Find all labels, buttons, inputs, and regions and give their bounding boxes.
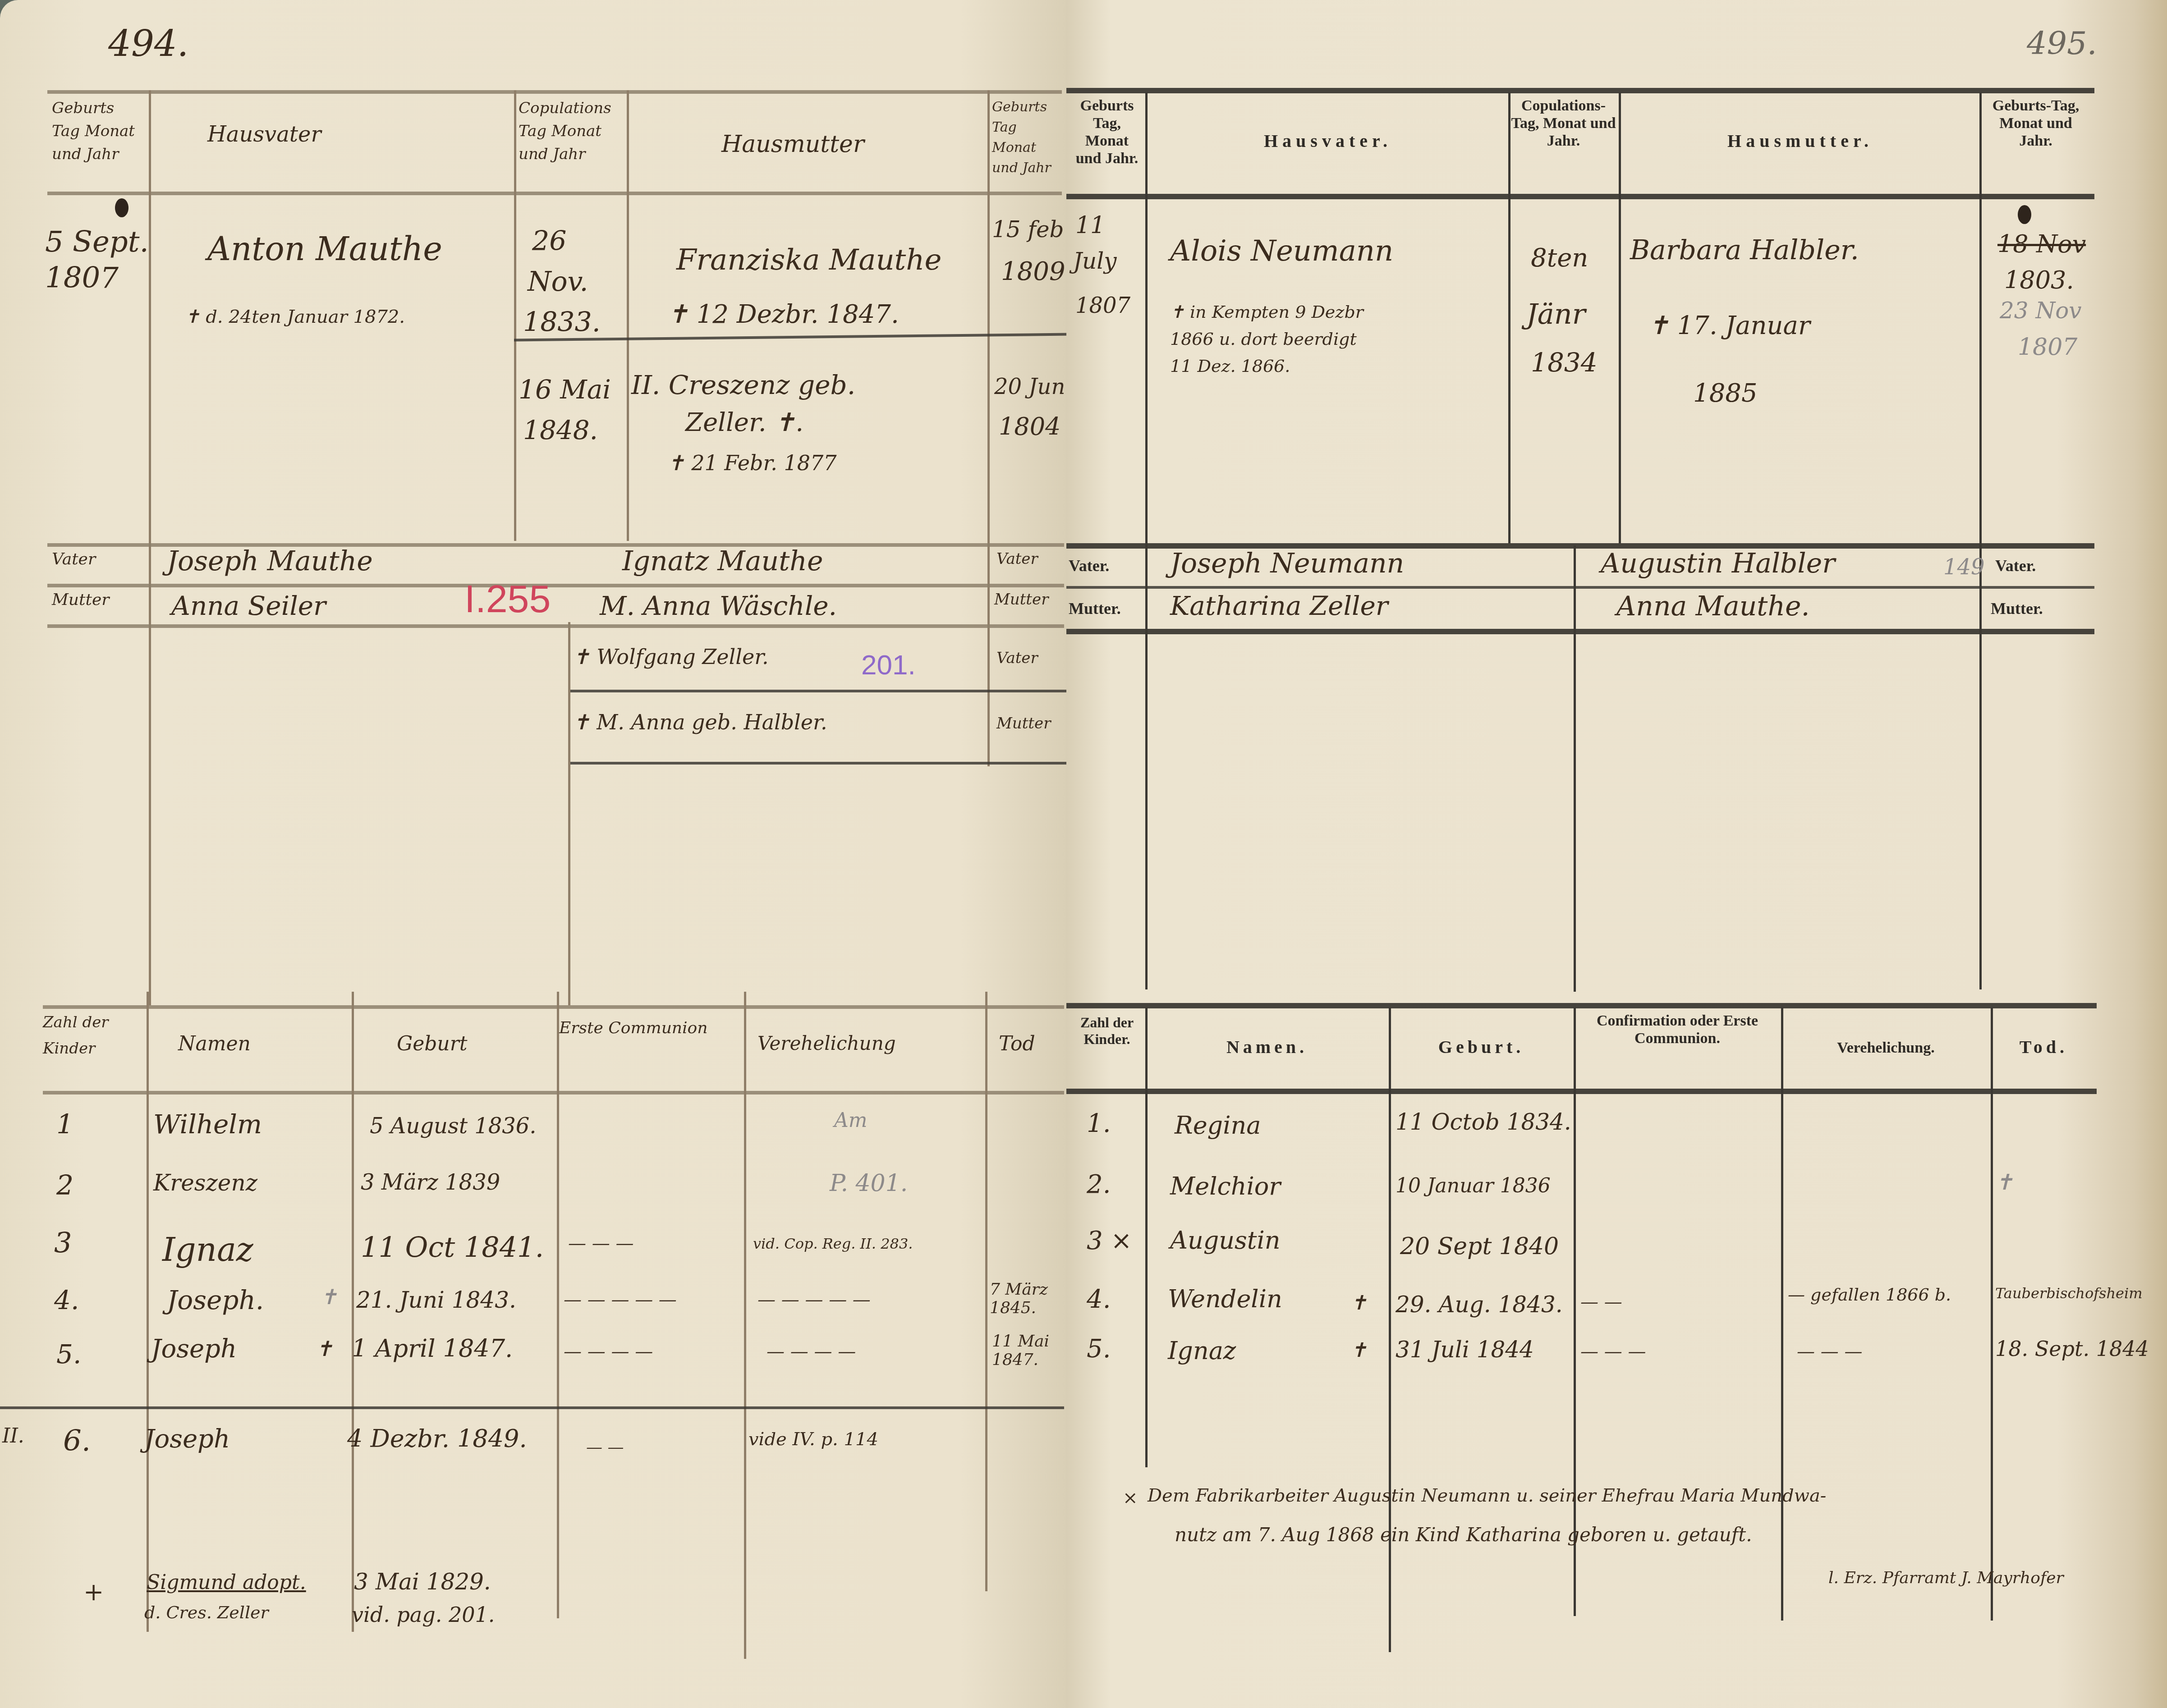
rule: [0, 1406, 1064, 1409]
right-page: 495. Geburts Tag, Monat und Jahr. Hausva…: [1066, 0, 2167, 1708]
header-mother-birth: Geburts-Tag, Monat und Jahr.: [1982, 97, 2090, 150]
child-communion: — —: [1580, 1291, 1622, 1312]
second-marriage-prefix: II.: [2, 1424, 24, 1447]
father-name: Alois Neumann: [1170, 234, 1393, 268]
header-mother: Hausmutter: [721, 131, 864, 158]
children-header-birth: Geburt.: [1391, 1037, 1571, 1058]
column-divider: [1145, 92, 1148, 989]
footnote-line2: nutz am 7. Aug 1868 ein Kind Katharina g…: [1175, 1524, 1752, 1546]
header-father: Hausvater.: [1148, 131, 1508, 151]
mother2-name: II. Creszenz geb.: [631, 370, 855, 400]
children-header-communion: Confirmation oder Erste Communion.: [1576, 1012, 1779, 1047]
rule: [47, 192, 1062, 195]
mother2-name-cont: Zeller. ✝.: [685, 408, 803, 437]
mother-father: Augustin Halbler: [1601, 548, 1835, 579]
child-marriage: — gefallen 1866 b.: [1788, 1285, 1951, 1305]
adopted-name: Sigmund adopt.: [147, 1571, 306, 1594]
marriage1-day: 26: [532, 225, 566, 257]
child-marriage: P. 401.: [830, 1170, 908, 1197]
child-number: 6.: [63, 1424, 91, 1458]
mother-mother: Anna Mauthe.: [1616, 591, 1810, 622]
father-birth-year: 1807: [45, 261, 119, 295]
mother-name: Barbara Halbler.: [1630, 234, 1859, 266]
pencil-page-reference: 149: [1943, 554, 1985, 580]
footnote-signature: l. Erz. Pfarramt J. Mayrhofer: [1828, 1569, 2064, 1587]
child-birth: 21. Juni 1843.: [356, 1287, 516, 1313]
child-death: ✝: [1995, 1170, 2013, 1195]
header-marriage: Copulations Tag Monat und Jahr: [519, 97, 622, 166]
child-birth: 29. Aug. 1843.: [1396, 1291, 1563, 1318]
child-name: Ignaz: [1168, 1337, 1236, 1365]
column-divider: [149, 90, 151, 541]
red-page-reference: I.255: [464, 577, 551, 622]
child-row: 3 × Augustin 20 Sept 1840: [1066, 1226, 2149, 1276]
father-death: ✝ d. 24ten Januar 1872.: [185, 307, 405, 327]
child-birth: 5 August 1836.: [370, 1113, 537, 1139]
child-row: 5. Ignaz ✝ 31 Juli 1844 — — — — — — 18. …: [1066, 1334, 2149, 1384]
child-number: 5.: [56, 1339, 81, 1369]
mother-birth-day: 18 Nov: [1997, 230, 2086, 258]
child-death: 18. Sept. 1844: [1995, 1337, 2149, 1361]
child-row: 4. Joseph. ✝ 21. Juni 1843. — — — — — — …: [0, 1285, 1064, 1339]
column-divider: [568, 622, 570, 1005]
father-mother: Katharina Zeller: [1170, 591, 1388, 621]
child-row: 1 Wilhelm 5 August 1836. Am: [0, 1109, 1064, 1163]
rule: [43, 1091, 1064, 1094]
child-name: Joseph.: [167, 1285, 264, 1315]
mother2-mutter-label: Mutter: [996, 714, 1051, 733]
marker-dot: [115, 198, 129, 217]
child-row: 2 Kreszenz 3 März 1839 P. 401.: [0, 1170, 1064, 1224]
marriage1-month: Nov.: [528, 266, 588, 298]
child-number: 1: [56, 1109, 73, 1140]
child-name: Joseph: [151, 1334, 237, 1364]
column-divider: [1508, 92, 1510, 543]
rule: [47, 624, 1064, 628]
adopted-name-cont: d. Cres. Zeller: [144, 1603, 269, 1622]
mother1-death: ✝ 12 Dezbr. 1847.: [667, 300, 899, 329]
father-name: Anton Mauthe: [207, 230, 442, 268]
child-communion: — — — — —: [564, 1289, 677, 1310]
children-header-name: Namen.: [1148, 1037, 1387, 1058]
mother2-father: ✝ Wolfgang Zeller.: [573, 645, 769, 669]
rule: [1066, 629, 2094, 634]
mutter-label-right: Mutter: [994, 591, 1048, 609]
marriage-day: 8ten: [1531, 243, 1588, 273]
children-header-marriage: Verehelichung.: [1783, 1039, 1988, 1057]
rule: [1066, 1003, 2097, 1008]
mother2-mother: ✝ M. Anna geb. Halbler.: [573, 710, 827, 734]
vater-label-right: Vater: [996, 550, 1038, 568]
child-birth: 20 Sept 1840: [1400, 1233, 1559, 1260]
child-name: Kreszenz: [153, 1170, 257, 1196]
child-row: 1. Regina 11 Octob 1834.: [1066, 1109, 2149, 1159]
rule: [47, 90, 1062, 94]
children-header-communion: Erste Communion: [559, 1019, 707, 1037]
father-death-line2: 1866 u. dort beerdigt: [1170, 329, 1357, 349]
header-mother-birth: Geburts Tag Monat und Jahr: [992, 97, 1064, 178]
mutter-label: Mutter.: [1069, 600, 1121, 618]
child-name: Melchior: [1170, 1172, 1281, 1200]
left-page: 494. Geburts Tag Monat und Jahr Hausvate…: [0, 0, 1066, 1708]
father-father: Joseph Mauthe: [167, 545, 373, 577]
child-marriage: — — — —: [767, 1341, 856, 1362]
marker-dot: [2018, 205, 2031, 224]
marriage-year: 1834: [1531, 347, 1598, 378]
mother-birth-pencil-year: 1807: [2018, 334, 2077, 361]
header-marriage: Copulations-Tag, Monat und Jahr.: [1510, 97, 1616, 150]
children-header-number: Zahl der Kinder.: [1071, 1014, 1143, 1048]
header-father: Hausvater: [207, 122, 321, 147]
rule: [570, 762, 1066, 765]
father-death-line3: 11 Dez. 1866.: [1170, 356, 1290, 376]
father-father: Joseph Neumann: [1170, 548, 1404, 579]
children-header-death: Tod.: [1993, 1037, 2094, 1058]
child-marriage: — — —: [1797, 1341, 1862, 1362]
adopted-birth: 3 Mai 1829.: [354, 1569, 491, 1595]
children-header-number: Zahl der Kinder: [43, 1010, 142, 1062]
father-birth-day: 11: [1075, 212, 1105, 239]
child-number: 5.: [1087, 1334, 1111, 1364]
child-birth: 3 März 1839: [361, 1170, 500, 1195]
child-marriage: Am: [834, 1109, 868, 1132]
child-row: 5. Joseph ✝ 1 April 1847. — — — — — — — …: [0, 1334, 1064, 1388]
footnote-marker: ×: [1123, 1488, 1138, 1508]
mother-mother: M. Anna Wäschle.: [600, 591, 837, 621]
page-number: 495.: [2027, 25, 2097, 62]
mutter-label-right: Mutter.: [1991, 600, 2043, 618]
children-header-marriage: Verehelichung: [758, 1032, 896, 1054]
mutter-label: Mutter: [52, 591, 110, 609]
child-communion: — — —: [568, 1233, 634, 1254]
footnote-line1: Dem Fabrikarbeiter Augustin Neumann u. s…: [1148, 1485, 1826, 1506]
header-birth: Geburts Tag, Monat und Jahr.: [1071, 97, 1143, 167]
child-death: 11 Mai 1847.: [992, 1332, 1060, 1369]
mother-death-year: 1885: [1693, 379, 1758, 408]
adopted-marker: +: [83, 1578, 104, 1606]
vater-label-right: Vater.: [1995, 557, 2036, 575]
rule: [1066, 194, 2094, 199]
child-communion: — — — —: [564, 1341, 653, 1362]
vater-label: Vater.: [1069, 557, 1109, 575]
child-number: 4.: [54, 1285, 79, 1315]
child-birth: 4 Dezbr. 1849.: [347, 1424, 527, 1453]
mother2-vater-label: Vater: [996, 649, 1038, 667]
header-mother: Hausmutter.: [1621, 131, 1979, 151]
child-death-mark: ✝: [320, 1285, 338, 1309]
marriage2-day: 16 Mai: [519, 374, 611, 405]
child-birth: 10 Januar 1836: [1396, 1174, 1551, 1197]
mother-father: Ignatz Mauthe: [622, 545, 823, 577]
child-birth: 31 Juli 1844: [1396, 1337, 1534, 1363]
child-marriage: vide IV. p. 114: [748, 1429, 878, 1450]
child-birth: 1 April 1847.: [352, 1334, 513, 1363]
child-death: 7 März 1845.: [990, 1280, 1062, 1317]
child-name: Joseph: [144, 1424, 230, 1454]
child-row: 4. Wendelin ✝ 29. Aug. 1843. — — — gefal…: [1066, 1285, 2149, 1334]
marriage2-year: 1848.: [523, 415, 598, 445]
violet-page-reference: 201.: [861, 649, 916, 681]
child-number: 2.: [1087, 1170, 1111, 1199]
adopted-reference: vid. pag. 201.: [352, 1603, 495, 1627]
mother1-name: Franziska Mauthe: [676, 243, 941, 277]
child-death-mark: ✝: [1350, 1339, 1367, 1362]
children-header-name: Namen: [178, 1032, 251, 1055]
mother-birth-pencil-day: 23 Nov: [2000, 298, 2082, 324]
mother-death: ✝ 17. Januar: [1648, 311, 1810, 340]
child-name: Wilhelm: [153, 1109, 262, 1140]
rule: [1066, 586, 2094, 589]
column-divider: [1619, 92, 1621, 543]
mother1-birth-day: 15 feb: [992, 216, 1064, 243]
column-divider: [514, 90, 516, 541]
marriage1-year: 1833.: [523, 307, 601, 338]
header-birth: Geburts Tag Monat und Jahr: [52, 97, 147, 166]
children-header-death: Tod: [999, 1032, 1035, 1055]
child-number: 3 ×: [1087, 1226, 1132, 1255]
child-communion: — — —: [1580, 1341, 1646, 1362]
child-death: Tauberbischofsheim: [1995, 1285, 2143, 1302]
child-name: Ignaz: [162, 1231, 253, 1268]
child-row: 2. Melchior 10 Januar 1836 ✝: [1066, 1170, 2149, 1219]
father-death-line1: ✝ in Kempten 9 Dezbr: [1170, 302, 1364, 322]
child-birth: 11 Octob 1834.: [1396, 1109, 1571, 1135]
child-row: 3 Ignaz 11 Oct 1841. — — — vid. Cop. Reg…: [0, 1226, 1064, 1280]
children-header-birth: Geburt: [397, 1032, 467, 1055]
rule: [47, 584, 1064, 587]
child-marriage: vid. Cop. Reg. II. 283.: [753, 1235, 913, 1252]
child-row: II. 6. Joseph 4 Dezbr. 1849. — — vide IV…: [0, 1424, 1064, 1479]
child-marriage: — — — — —: [758, 1289, 871, 1310]
page-number: 494.: [108, 23, 188, 64]
mother1-birth-year: 1809: [1001, 257, 1065, 286]
column-divider: [987, 90, 990, 766]
rule: [570, 690, 1066, 692]
child-name: Regina: [1175, 1111, 1261, 1140]
mother2-birth-year: 1804: [999, 412, 1061, 441]
child-number: 3: [54, 1226, 72, 1259]
child-communion: — —: [586, 1438, 624, 1456]
child-number: 2: [56, 1170, 73, 1201]
child-birth: 11 Oct 1841.: [361, 1231, 544, 1264]
mother2-death: ✝ 21 Febr. 1877: [667, 451, 837, 475]
child-name: Wendelin: [1168, 1285, 1282, 1313]
father-birth-day: 5 Sept.: [45, 225, 149, 259]
father-mother: Anna Seiler: [171, 591, 326, 621]
child-number: 1.: [1087, 1109, 1111, 1138]
father-birth-year: 1807: [1075, 293, 1130, 318]
child-death-mark: ✝: [1350, 1291, 1367, 1314]
rule: [1066, 1089, 2097, 1094]
father-birth-month: July: [1073, 248, 1116, 274]
column-divider: [627, 90, 629, 541]
mother2-birth-day: 20 Juni: [994, 374, 1072, 399]
marriage-month: Jänr: [1526, 298, 1585, 330]
mother-birth-year: 1803.: [2004, 266, 2074, 294]
column-divider: [149, 541, 151, 1005]
rule: [1066, 88, 2094, 93]
rule: [43, 1005, 1064, 1009]
column-divider: [1979, 92, 1982, 989]
child-number: 4.: [1087, 1285, 1111, 1314]
column-divider: [1574, 545, 1576, 992]
child-death-mark: ✝: [316, 1337, 333, 1361]
vater-label: Vater: [52, 550, 96, 568]
child-name: Augustin: [1170, 1226, 1281, 1255]
